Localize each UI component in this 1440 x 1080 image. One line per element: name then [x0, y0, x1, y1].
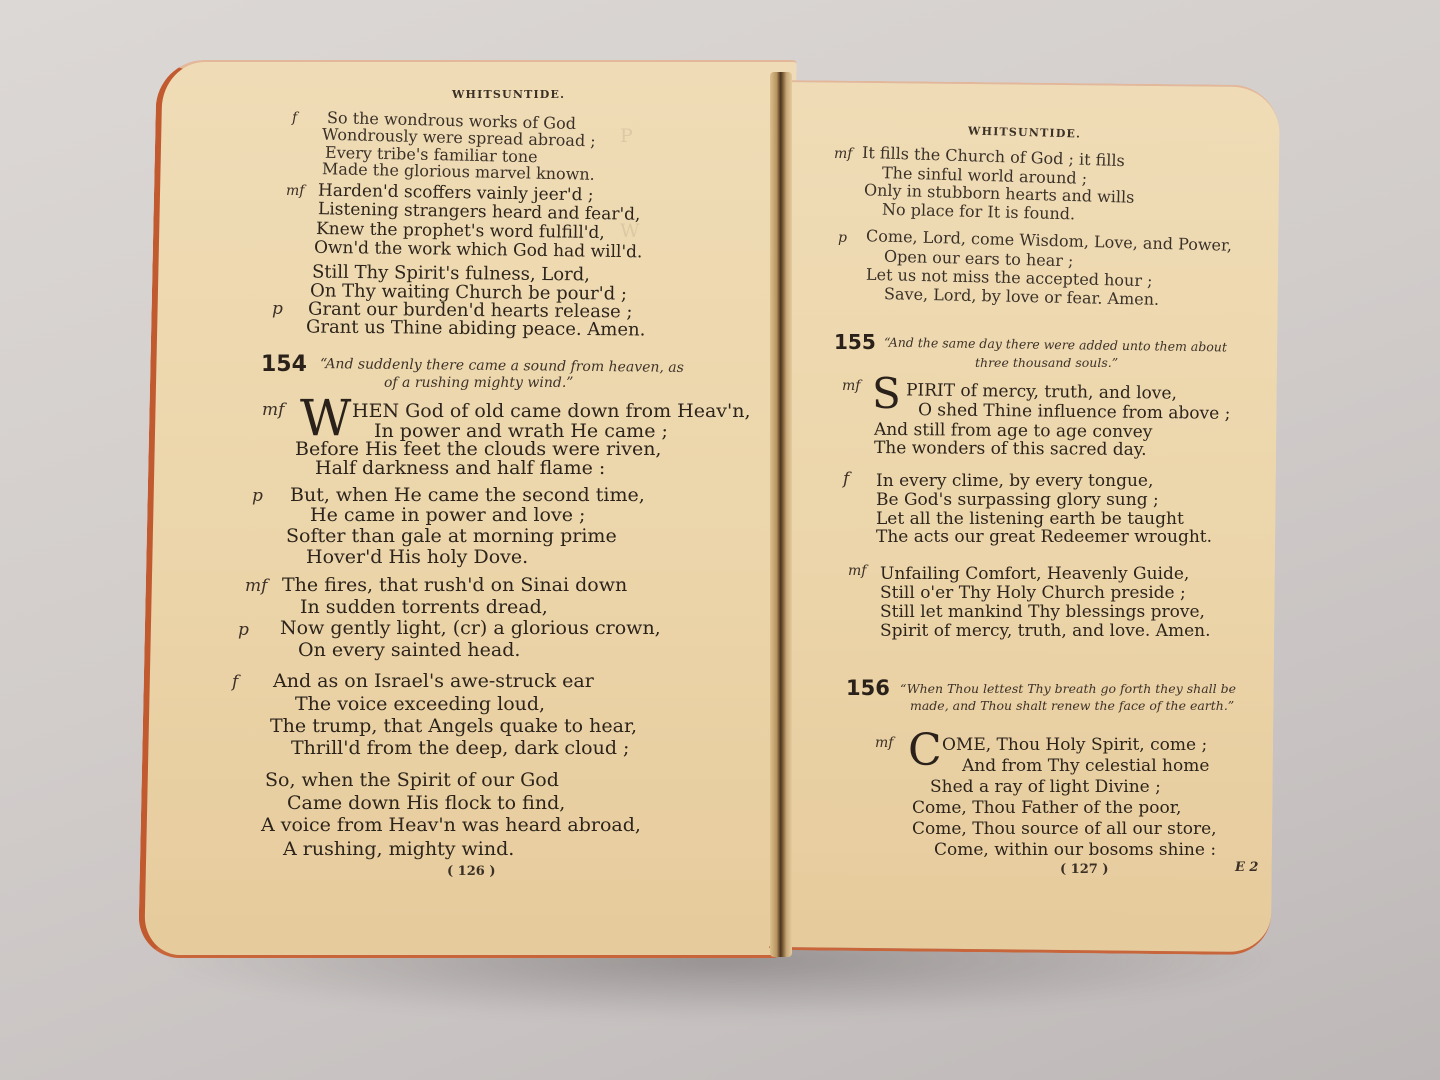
drop-cap: C — [908, 729, 942, 773]
dynamic-mark: mf — [286, 183, 304, 199]
dynamic-mark: mf — [262, 400, 284, 420]
verse-line: Still o'er Thy Holy Church preside ; — [880, 583, 1186, 603]
verse-line: Thrill'd from the deep, dark cloud ; — [291, 737, 629, 759]
verse-line: HEN God of old came down from Heav'n, — [352, 400, 751, 422]
drop-cap: S — [872, 373, 901, 415]
dynamic-mark: mf — [875, 735, 893, 751]
dynamic-mark: f — [232, 672, 238, 692]
verse-line: In every clime, by every tongue, — [876, 471, 1153, 491]
hymn-number-154: 154 — [261, 352, 307, 377]
verse-line: A rushing, mighty wind. — [283, 838, 514, 860]
verse-line: Softer than gale at morning prime — [286, 525, 617, 547]
verse-line: Came down His flock to find, — [287, 792, 565, 814]
verse-line: The acts our great Redeemer wrought. — [876, 527, 1212, 547]
dynamic-mark: mf — [848, 563, 866, 579]
hymn-number-156: 156 — [846, 676, 890, 700]
dynamic-mark: f — [292, 110, 297, 126]
running-head-left: WHITSUNTIDE. — [452, 88, 565, 101]
verse-line: Half darkness and half flame : — [315, 457, 605, 479]
verse-line: Spirit of mercy, truth, and love. Amen. — [880, 621, 1211, 641]
verse-line: The wonders of this sacred day. — [874, 438, 1147, 460]
bleed-through-text: P — [620, 125, 633, 147]
verse-line: Shed a ray of light Divine ; — [930, 777, 1161, 797]
verse-line: Come, Thou source of all our store, — [912, 819, 1217, 839]
hymn-epigraph: “When Thou lettest Thy breath go forth t… — [900, 681, 1236, 696]
dynamic-mark: p — [838, 230, 847, 246]
page-number-126: ( 126 ) — [447, 864, 496, 879]
hymn-epigraph: three thousand souls.” — [975, 355, 1118, 370]
verse-line: OME, Thou Holy Spirit, come ; — [942, 735, 1207, 755]
dynamic-mark: p — [252, 486, 263, 506]
verse-line: The voice exceeding loud, — [295, 693, 545, 715]
verse-line: Grant us Thine abiding peace. Amen. — [306, 317, 646, 341]
verse-line: Now gently light, (cr) a glorious crown, — [280, 617, 661, 639]
verse-line: The fires, that rush'd on Sinai down — [282, 574, 627, 596]
verse-line: In sudden torrents dread, — [300, 596, 548, 618]
printer-signature: E 2 — [1235, 860, 1258, 875]
verse-line: Unfailing Comfort, Heavenly Guide, — [880, 564, 1189, 584]
verse-line: But, when He came the second time, — [290, 484, 645, 506]
dynamic-mark: p — [272, 299, 283, 319]
hymn-epigraph: made, and Thou shalt renew the face of t… — [910, 698, 1234, 713]
verse-line: A voice from Heav'n was heard abroad, — [261, 814, 641, 836]
verse-line: The trump, that Angels quake to hear, — [270, 715, 637, 737]
verse-line: Come, within our bosoms shine : — [934, 840, 1216, 860]
verse-line: So, when the Spirit of our God — [265, 769, 559, 791]
dynamic-mark: p — [238, 620, 249, 640]
verse-line: Hover'd His holy Dove. — [306, 546, 528, 568]
verse-line: Let all the listening earth be taught — [876, 509, 1184, 529]
verse-line: He came in power and love ; — [310, 504, 585, 526]
hymn-number-155: 155 — [834, 330, 876, 354]
dynamic-mark: f — [843, 469, 849, 489]
dynamic-mark: mf — [834, 146, 852, 162]
verse-line: And from Thy celestial home — [962, 756, 1209, 776]
verse-line: Be God's surpassing glory sung ; — [876, 490, 1159, 510]
verse-line: Still let mankind Thy blessings prove, — [880, 602, 1205, 622]
verse-line: On every sainted head. — [298, 639, 520, 661]
book-spine-stitching — [770, 72, 792, 957]
verse-line: Come, Thou Father of the poor, — [912, 798, 1181, 818]
drop-cap: W — [300, 393, 351, 443]
verse-line: And as on Israel's awe-struck ear — [273, 670, 594, 692]
hymn-epigraph: of a rushing mighty wind.” — [384, 375, 573, 391]
dynamic-mark: mf — [842, 378, 860, 394]
page-number-127: ( 127 ) — [1060, 862, 1109, 877]
dynamic-mark: mf — [245, 576, 267, 596]
